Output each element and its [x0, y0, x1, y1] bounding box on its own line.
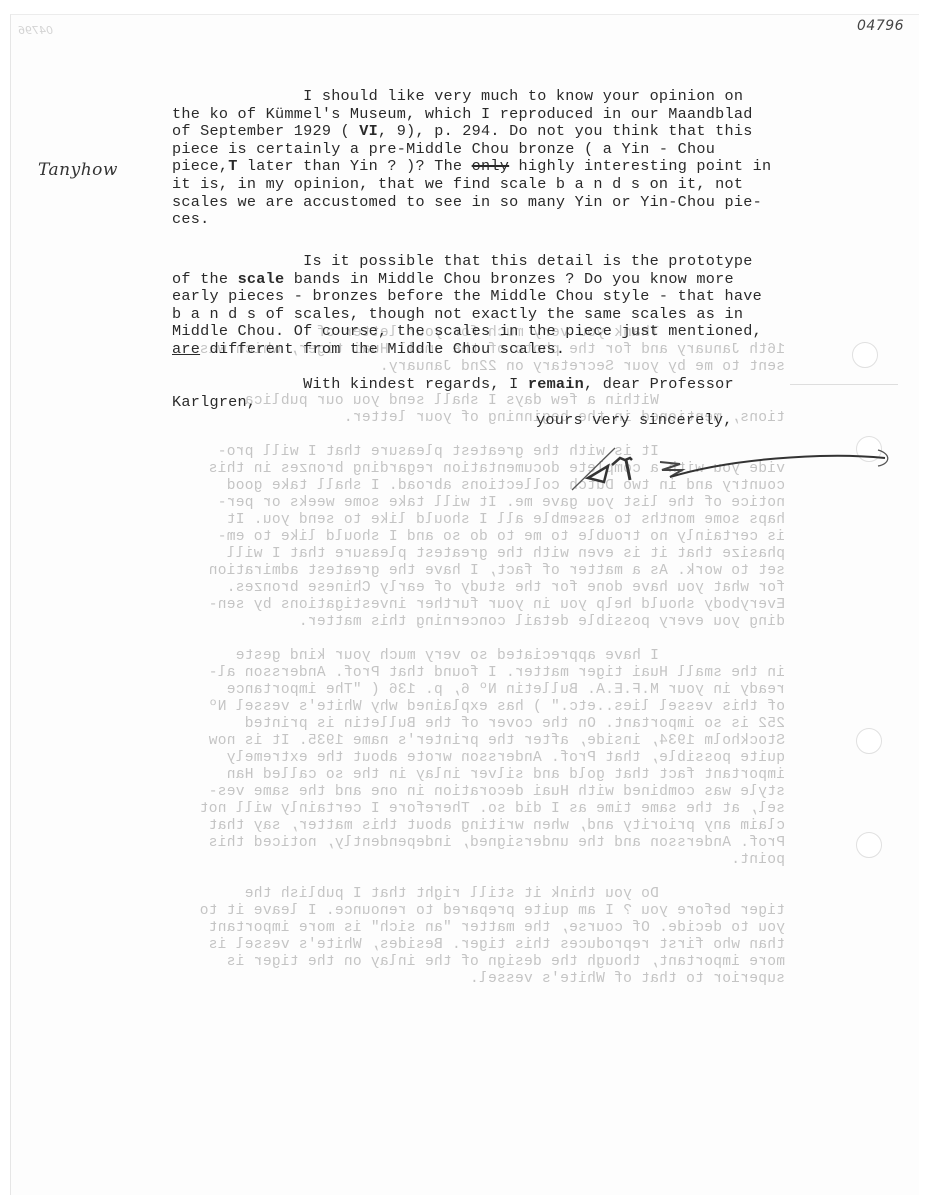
bleed-line [65, 869, 785, 886]
bleed-line: more important, though the design of the… [65, 954, 785, 971]
bleed-line: ready in your M.F.E.A. Bulletin Nº 6, p.… [65, 682, 785, 699]
text-span: highly interesting point in [509, 157, 771, 175]
bleed-line: style was combined with Huai decoration … [65, 784, 785, 801]
punch-hole [856, 832, 882, 858]
bleed-line: sel, at the same time as I did so. There… [65, 801, 785, 818]
bleed-line: quite possible, that Prof. Andersson wro… [65, 750, 785, 767]
bleed-line: point. [65, 852, 785, 869]
bleed-line: superior to that of White's vessel. [65, 971, 785, 988]
paragraph-3: With kindest regards, I remain, dear Pro… [172, 376, 892, 411]
struck-word: only [472, 157, 509, 175]
bleed-line: you to decide. Of course, the matter "an… [65, 920, 785, 937]
text-span: piece, [172, 157, 228, 175]
text-span: , 9), p. 294. Do not you think that this [378, 122, 753, 140]
text-line: b a n d s of scales, though not exactly … [172, 306, 892, 324]
text-span: different from the Middle Chou scales. [200, 340, 565, 358]
text-line: piece,T later than Yin ? )? The only hig… [172, 158, 892, 176]
bleed-line: of this vessel lies..etc." ) has explain… [65, 699, 785, 716]
bleed-line: sent to me by your Secretary on 22nd Jan… [65, 359, 785, 376]
bleed-line: claim any priority and, when writing abo… [65, 818, 785, 835]
bleed-line: set to work. As a matter of fact, I have… [65, 563, 785, 580]
text-line: the ko of Kümmel's Museum, which I repro… [172, 106, 892, 124]
text-line: Karlgren, [172, 394, 892, 412]
text-line: it is, in my opinion, that we find scale… [172, 176, 892, 194]
text-span: of the [172, 270, 238, 288]
bleed-line: 252 is so important. On the cover of the… [65, 716, 785, 733]
bleed-line: Prof. Andersson and the undersigned, ind… [65, 835, 785, 852]
text-line: of September 1929 ( VI, 9), p. 294. Do n… [172, 123, 892, 141]
paragraph-1: I should like very much to know your opi… [172, 88, 892, 229]
bleed-line: than who first reproduces this tiger. Be… [65, 937, 785, 954]
faint-stamp: 04796 [18, 24, 53, 37]
signature [560, 430, 900, 500]
bleed-line: I have appreciated so very much your kin… [65, 648, 785, 665]
bleed-line: Do you think it still right that I publi… [65, 886, 785, 903]
bleed-line: phasize that it is even with the greates… [65, 546, 785, 563]
text-line: piece is certainly a pre-Middle Chou bro… [172, 141, 892, 159]
paragraph-2: Is it possible that this detail is the p… [172, 253, 892, 359]
underlined-word: are [172, 340, 200, 358]
text-line: of the scale bands in Middle Chou bronze… [172, 271, 892, 289]
text-span: , dear Professor [584, 375, 734, 393]
archive-number: 04796 [857, 18, 904, 34]
text-span: of September 1929 ( [172, 122, 359, 140]
text-line: are different from the Middle Chou scale… [172, 341, 892, 359]
bold-word: scale [238, 270, 285, 288]
text-line: scales we are accustomed to see in so ma… [172, 194, 892, 212]
bleed-line: for what you have done for the study of … [65, 580, 785, 597]
text-line: Is it possible that this detail is the p… [172, 253, 892, 271]
bleed-line: ding you every possible detail concernin… [65, 614, 785, 631]
text-line: I should like very much to know your opi… [172, 88, 892, 106]
bleed-line: Everybody should help you in your furthe… [65, 597, 785, 614]
margin-annotation: Tanyhow [38, 160, 118, 180]
text-span: later than Yin ? )? The [238, 157, 472, 175]
handwritten-insertion-mark: T [228, 157, 237, 175]
closing: yours very sincerely, [536, 412, 836, 430]
bleed-line: tiger before you ? I am quite prepared t… [65, 903, 785, 920]
bleed-line: in the small Huai tiger matter. I found … [65, 665, 785, 682]
text-span: With kindest regards, I [172, 375, 528, 393]
bleed-line: is certainly no trouble to me to do so a… [65, 529, 785, 546]
text-line: Middle Chou. Of course, the scales in th… [172, 323, 892, 341]
bleed-line: Stockholm 1934, inside, after the printe… [65, 733, 785, 750]
bleed-line [65, 631, 785, 648]
text-line: early pieces - bronzes before the Middle… [172, 288, 892, 306]
text-span: bands in Middle Chou bronzes ? Do you kn… [284, 270, 733, 288]
punch-hole [856, 728, 882, 754]
bleed-line: haps some months to assemble all I shoul… [65, 512, 785, 529]
closing-text: yours very sincerely, [536, 412, 836, 430]
bleed-line: important fact that gold and silver inla… [65, 767, 785, 784]
text-line: With kindest regards, I remain, dear Pro… [172, 376, 892, 394]
volume-number: VI [359, 122, 378, 140]
bold-word: remain [528, 375, 584, 393]
text-line: ces. [172, 211, 892, 229]
